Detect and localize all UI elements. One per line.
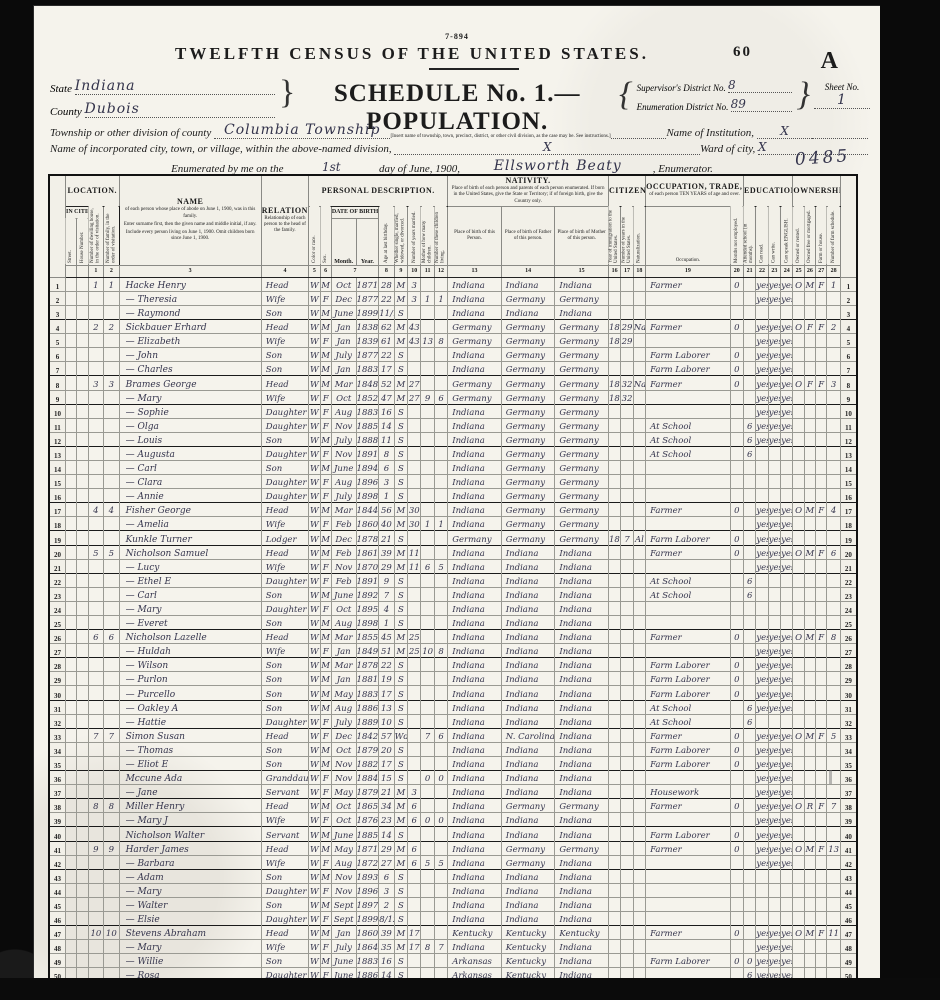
line-number-right: 33 xyxy=(840,728,857,742)
cell-children-living xyxy=(434,827,447,841)
cell-months-unemployed xyxy=(730,334,743,348)
cell-years-in-us xyxy=(621,573,633,587)
state-label: State xyxy=(50,83,72,95)
cell-street xyxy=(65,785,76,799)
cell-mother-of-children xyxy=(421,277,434,291)
cell-mother-birthplace: Germany xyxy=(555,475,609,489)
cell-naturalization xyxy=(633,362,645,376)
cell-farm-schedule xyxy=(827,785,840,799)
cell-mother-birthplace: Germany xyxy=(555,531,609,545)
cell-naturalization xyxy=(633,911,645,925)
cell-naturalization xyxy=(633,869,645,883)
cell-years-married xyxy=(408,616,421,630)
cell-name: — Carl xyxy=(119,460,261,474)
cell-months-unemployed: 0 xyxy=(730,630,743,644)
cell-relation: Wife xyxy=(261,559,308,573)
cell-free-mortgaged xyxy=(804,390,815,404)
cell-age: 3 xyxy=(379,883,394,897)
cell-owned-rented xyxy=(793,869,804,883)
cell-farm-house: F xyxy=(816,926,827,940)
cell-house-number xyxy=(77,559,88,573)
line-number-right: 17 xyxy=(840,503,857,517)
cell-age: 22 xyxy=(379,291,394,305)
cell-can-write: yes xyxy=(768,940,780,954)
cell-farm-house xyxy=(816,559,827,573)
cell-years-married xyxy=(408,771,421,785)
cell-months-unemployed: 0 xyxy=(730,277,743,291)
cell-years-in-us xyxy=(621,926,633,940)
line-number-right: 31 xyxy=(840,700,857,714)
cell-months-unemployed xyxy=(730,855,743,869)
cell-birth-month: Dec xyxy=(331,728,356,742)
cell-school-months xyxy=(743,320,755,334)
cell-name: Nicholson Walter xyxy=(119,827,261,841)
cell-father-birthplace: Germany xyxy=(501,362,555,376)
cell-mother-birthplace: Indiana xyxy=(555,714,609,728)
line-number-right: 21 xyxy=(840,559,857,573)
cell-birth-year: 1876 xyxy=(356,813,379,827)
cell-immigration-year xyxy=(608,616,620,630)
cell-street xyxy=(65,756,76,770)
cell-sex: F xyxy=(320,911,331,925)
cell-birth-month: Nov xyxy=(331,771,356,785)
cell-years-in-us xyxy=(621,869,633,883)
cell-years-in-us: 7 xyxy=(621,531,633,545)
cell-age: 4 xyxy=(379,601,394,615)
cell-can-write: yes xyxy=(768,756,780,770)
colnum-23: 23 xyxy=(768,265,780,277)
line-number-right: 37 xyxy=(840,785,857,799)
cell-name: — Adam xyxy=(119,869,261,883)
line-number-left: 9 xyxy=(49,390,65,404)
cell-sex: M xyxy=(320,686,331,700)
line-number-right: 2 xyxy=(840,291,857,305)
cell-farm-house xyxy=(816,756,827,770)
cell-birthplace: Germany xyxy=(448,531,502,545)
occupation-title: OCCUPATION, TRADE, OR PROFESSION xyxy=(646,182,743,191)
cell-age: 39 xyxy=(379,545,394,559)
enumeration-district-label: Enumeration District No. xyxy=(637,102,729,112)
cell-relation: Son xyxy=(261,460,308,474)
line-number-left: 15 xyxy=(49,475,65,489)
cell-family-number xyxy=(104,855,119,869)
cell-months-unemployed: 0 xyxy=(730,348,743,362)
cell-can-read: yes xyxy=(756,320,768,334)
colnum-17: 17 xyxy=(621,265,633,277)
cell-marital-status: S xyxy=(394,954,407,968)
cell-mother-birthplace: Indiana xyxy=(555,883,609,897)
years-married-col-head: Number of years married. xyxy=(408,206,421,265)
cell-father-birthplace: Indiana xyxy=(501,785,555,799)
cell-birth-year: 1861 xyxy=(356,545,379,559)
cell-owned-rented: O xyxy=(793,926,804,940)
cell-farm-schedule xyxy=(827,954,840,968)
cell-marital-status: S xyxy=(394,756,407,770)
cell-school-months: 6 xyxy=(743,700,755,714)
cell-color: W xyxy=(309,911,320,925)
cell-relation: Son xyxy=(261,616,308,630)
cell-can-read xyxy=(756,475,768,489)
cell-children-living xyxy=(434,418,447,432)
cell-speaks-english: yes xyxy=(781,334,793,348)
cell-owned-rented xyxy=(793,658,804,672)
cell-can-write: yes xyxy=(768,376,780,390)
cell-mother-birthplace: Indiana xyxy=(555,573,609,587)
cell-months-unemployed: 0 xyxy=(730,686,743,700)
cell-naturalization: Al xyxy=(633,531,645,545)
colnum-10: 10 xyxy=(408,265,421,277)
name-title: NAME xyxy=(120,197,261,206)
cell-free-mortgaged xyxy=(804,897,815,911)
cell-father-birthplace: Germany xyxy=(501,376,555,390)
cell-years-married: 27 xyxy=(408,390,421,404)
cell-naturalization xyxy=(633,714,645,728)
cell-can-write: yes xyxy=(768,771,780,785)
ward-label: Ward of city, xyxy=(700,143,755,155)
cell-color: W xyxy=(309,827,320,841)
cell-school-months: 6 xyxy=(743,446,755,460)
supervisors-district-value: 8 xyxy=(728,78,792,93)
cell-relation: Son xyxy=(261,658,308,672)
cell-immigration-year: 1868 xyxy=(608,376,620,390)
cell-name: — Lucy xyxy=(119,559,261,573)
cell-farm-house xyxy=(816,714,827,728)
cell-years-in-us xyxy=(621,841,633,855)
cell-can-read: yes xyxy=(756,686,768,700)
cell-family-number xyxy=(104,827,119,841)
cell-color: W xyxy=(309,700,320,714)
cell-marital-status: M xyxy=(394,799,407,813)
cell-speaks-english: yes xyxy=(781,320,793,334)
cell-house-number xyxy=(77,911,88,925)
cell-years-in-us xyxy=(621,756,633,770)
cell-months-unemployed xyxy=(730,644,743,658)
cell-birth-month: Aug xyxy=(331,475,356,489)
free-mortgaged-col-head: Owned free or mortgaged. xyxy=(804,206,815,265)
cell-free-mortgaged xyxy=(804,531,815,545)
cell-sex: M xyxy=(320,742,331,756)
cell-farm-house xyxy=(816,390,827,404)
cell-years-in-us xyxy=(621,404,633,418)
cell-mother-birthplace: Indiana xyxy=(555,785,609,799)
cell-speaks-english: yes xyxy=(781,517,793,531)
cell-can-read xyxy=(756,714,768,728)
cell-house-number xyxy=(77,700,88,714)
cell-can-write: yes xyxy=(768,531,780,545)
cell-school-months xyxy=(743,601,755,615)
cell-years-in-us xyxy=(621,897,633,911)
line-number-right: 43 xyxy=(840,869,857,883)
cell-years-in-us xyxy=(621,940,633,954)
cell-birthplace: Indiana xyxy=(448,601,502,615)
enumerated-day: 1st xyxy=(286,160,376,175)
cell-years-in-us xyxy=(621,813,633,827)
line-number-left: 36 xyxy=(49,771,65,785)
cell-age: 10 xyxy=(379,714,394,728)
cell-street xyxy=(65,432,76,446)
cell-occupation: At School xyxy=(646,714,731,728)
cell-name: Fisher George xyxy=(119,503,261,517)
cell-dwelling-number xyxy=(88,742,103,756)
cell-age: 7 xyxy=(379,587,394,601)
cell-free-mortgaged xyxy=(804,432,815,446)
cell-relation: Head xyxy=(261,503,308,517)
cell-owned-rented xyxy=(793,785,804,799)
cell-farm-schedule xyxy=(827,742,840,756)
cell-birth-month: Mar xyxy=(331,376,356,390)
colnum-21: 21 xyxy=(743,265,755,277)
cell-sex: M xyxy=(320,827,331,841)
cell-owned-rented xyxy=(793,672,804,686)
cell-years-in-us xyxy=(621,827,633,841)
cell-occupation xyxy=(646,813,731,827)
cell-naturalization xyxy=(633,348,645,362)
cell-school-months xyxy=(743,503,755,517)
cell-farm-schedule: 5 xyxy=(827,728,840,742)
cell-family-number: 6 xyxy=(104,630,119,644)
cell-immigration-year xyxy=(608,785,620,799)
cell-immigration-year xyxy=(608,686,620,700)
cell-family-number: 2 xyxy=(104,320,119,334)
cell-school-months xyxy=(743,404,755,418)
cell-birth-year: 1898 xyxy=(356,616,379,630)
cell-free-mortgaged xyxy=(804,489,815,503)
cell-age: 21 xyxy=(379,531,394,545)
cell-farm-schedule xyxy=(827,940,840,954)
cell-mother-of-children xyxy=(421,489,434,503)
cell-relation: Son xyxy=(261,362,308,376)
township-fill xyxy=(611,126,667,139)
colnum-22: 22 xyxy=(756,265,768,277)
cell-mother-of-children xyxy=(421,799,434,813)
cell-birth-month: Mar xyxy=(331,658,356,672)
line-number-left: 14 xyxy=(49,460,65,474)
line-number-left: 22 xyxy=(49,573,65,587)
cell-farm-house xyxy=(816,460,827,474)
cell-occupation xyxy=(646,883,731,897)
cell-occupation: Farm Laborer xyxy=(646,658,731,672)
cell-house-number xyxy=(77,756,88,770)
cell-color: W xyxy=(309,277,320,291)
scan-edge-bottom xyxy=(0,978,940,1000)
cell-years-in-us xyxy=(621,714,633,728)
cell-owned-rented xyxy=(793,644,804,658)
cell-street xyxy=(65,658,76,672)
cell-school-months xyxy=(743,644,755,658)
english-col-head: Can speak ENGLISH. xyxy=(781,206,793,265)
line-number-right: 24 xyxy=(840,601,857,615)
cell-birthplace: Indiana xyxy=(448,545,502,559)
cell-marital-status: S xyxy=(394,475,407,489)
cell-farm-house xyxy=(816,291,827,305)
cell-birthplace: Indiana xyxy=(448,460,502,474)
cell-mother-of-children: 1 xyxy=(421,517,434,531)
line-number-left: 48 xyxy=(49,940,65,954)
cell-sex: M xyxy=(320,869,331,883)
cell-house-number xyxy=(77,446,88,460)
cell-color: W xyxy=(309,460,320,474)
cell-years-in-us xyxy=(621,742,633,756)
cell-marital-status: S xyxy=(394,587,407,601)
cell-name: — Jane xyxy=(119,785,261,799)
cell-sex: M xyxy=(320,503,331,517)
cell-house-number xyxy=(77,517,88,531)
cell-dwelling-number xyxy=(88,756,103,770)
cell-sex: F xyxy=(320,728,331,742)
cell-name: — John xyxy=(119,348,261,362)
cell-age: 3 xyxy=(379,475,394,489)
cell-naturalization xyxy=(633,630,645,644)
cell-free-mortgaged xyxy=(804,742,815,756)
cell-farm-schedule xyxy=(827,587,840,601)
cell-can-read: yes xyxy=(756,390,768,404)
cell-months-unemployed: 0 xyxy=(730,926,743,940)
cell-can-write: yes xyxy=(768,799,780,813)
cell-color: W xyxy=(309,489,320,503)
cell-can-read xyxy=(756,897,768,911)
city-label: Name of incorporated city, town, or vill… xyxy=(50,143,392,155)
cell-school-months xyxy=(743,827,755,841)
cell-father-birthplace: Indiana xyxy=(501,644,555,658)
line-number-left: 2 xyxy=(49,291,65,305)
cell-family-number xyxy=(104,785,119,799)
cell-birth-month: Oct xyxy=(331,799,356,813)
cell-farm-schedule xyxy=(827,305,840,319)
cell-birthplace: Indiana xyxy=(448,785,502,799)
cell-birthplace: Indiana xyxy=(448,573,502,587)
cell-mother-birthplace: Germany xyxy=(555,334,609,348)
cell-family-number xyxy=(104,404,119,418)
colnum-5: 5 xyxy=(309,265,320,277)
cell-marital-status: S xyxy=(394,658,407,672)
cell-relation: Granddaughter xyxy=(261,771,308,785)
cell-months-unemployed xyxy=(730,404,743,418)
cell-birth-year: 1889 xyxy=(356,714,379,728)
cell-farm-schedule: 7 xyxy=(827,799,840,813)
cell-color: W xyxy=(309,714,320,728)
line-number-left: 38 xyxy=(49,799,65,813)
cell-color: W xyxy=(309,601,320,615)
line-number-right: 30 xyxy=(840,686,857,700)
cell-can-write: yes xyxy=(768,644,780,658)
cell-dwelling-number xyxy=(88,714,103,728)
cell-naturalization xyxy=(633,940,645,954)
cell-birth-year: 1860 xyxy=(356,926,379,940)
cell-relation: Daughter xyxy=(261,418,308,432)
cell-immigration-year xyxy=(608,404,620,418)
cell-children-living xyxy=(434,616,447,630)
cell-occupation: Farmer xyxy=(646,545,731,559)
line-number-right: 28 xyxy=(840,658,857,672)
cell-months-unemployed xyxy=(730,418,743,432)
cell-color: W xyxy=(309,616,320,630)
cell-owned-rented xyxy=(793,489,804,503)
cell-farm-schedule: 2 xyxy=(827,320,840,334)
line-number-left: 6 xyxy=(49,348,65,362)
cell-relation: Daughter xyxy=(261,714,308,728)
location-group-title: LOCATION. xyxy=(65,175,119,206)
cell-marital-status: M xyxy=(394,503,407,517)
cell-can-write: yes xyxy=(768,291,780,305)
cell-occupation: Farmer xyxy=(646,630,731,644)
colnum-9: 9 xyxy=(394,265,407,277)
county-label: County xyxy=(50,106,82,118)
cell-birth-month: Feb xyxy=(331,517,356,531)
cell-marital-status: M xyxy=(394,291,407,305)
cell-speaks-english xyxy=(781,573,793,587)
colnum-11: 11 xyxy=(421,265,434,277)
cell-mother-of-children xyxy=(421,883,434,897)
cell-relation: Daughter xyxy=(261,601,308,615)
cell-name: Brames George xyxy=(119,376,261,390)
cell-family-number: 10 xyxy=(104,926,119,940)
cell-years-in-us xyxy=(621,277,633,291)
line-number-left: 33 xyxy=(49,728,65,742)
cell-school-months xyxy=(743,305,755,319)
cell-house-number xyxy=(77,855,88,869)
cell-farm-schedule xyxy=(827,616,840,630)
cell-father-birthplace: N. Carolina xyxy=(501,728,555,742)
cell-children-living xyxy=(434,869,447,883)
cell-years-married xyxy=(408,348,421,362)
cell-house-number xyxy=(77,897,88,911)
cell-father-birthplace: Indiana xyxy=(501,897,555,911)
cell-family-number xyxy=(104,742,119,756)
cell-mother-of-children xyxy=(421,926,434,940)
cell-family-number xyxy=(104,446,119,460)
cell-birth-month: June xyxy=(331,954,356,968)
cell-dwelling-number xyxy=(88,644,103,658)
cell-school-months xyxy=(743,559,755,573)
cell-father-birthplace: Indiana xyxy=(501,305,555,319)
cell-mother-of-children xyxy=(421,616,434,630)
cell-color: W xyxy=(309,841,320,855)
cell-farm-house xyxy=(816,573,827,587)
cell-birth-month: Feb xyxy=(331,545,356,559)
cell-dwelling-number xyxy=(88,418,103,432)
cell-birth-year: 1892 xyxy=(356,587,379,601)
cell-mother-of-children xyxy=(421,573,434,587)
cell-naturalization xyxy=(633,799,645,813)
line-number-left: 8 xyxy=(49,376,65,390)
cell-can-write: yes xyxy=(768,334,780,348)
cell-speaks-english xyxy=(781,475,793,489)
cell-name: — Mary J xyxy=(119,813,261,827)
cell-farm-house xyxy=(816,855,827,869)
cell-naturalization xyxy=(633,954,645,968)
cell-house-number xyxy=(77,869,88,883)
cell-farm-schedule xyxy=(827,404,840,418)
cell-years-in-us: 29 xyxy=(621,334,633,348)
cell-street xyxy=(65,940,76,954)
line-number-right: 14 xyxy=(840,460,857,474)
line-number-right: 10 xyxy=(840,404,857,418)
cell-relation: Son xyxy=(261,700,308,714)
cell-school-months xyxy=(743,334,755,348)
cell-free-mortgaged: M xyxy=(804,503,815,517)
cell-speaks-english: yes xyxy=(781,545,793,559)
line-number-left: 1 xyxy=(49,277,65,291)
cell-house-number xyxy=(77,334,88,348)
cell-years-in-us xyxy=(621,785,633,799)
cell-school-months xyxy=(743,630,755,644)
cell-color: W xyxy=(309,771,320,785)
cell-sex: F xyxy=(320,573,331,587)
cell-father-birthplace: Indiana xyxy=(501,630,555,644)
colnum-2: 2 xyxy=(104,265,119,277)
cell-birthplace: Indiana xyxy=(448,714,502,728)
cell-father-birthplace: Indiana xyxy=(501,756,555,770)
